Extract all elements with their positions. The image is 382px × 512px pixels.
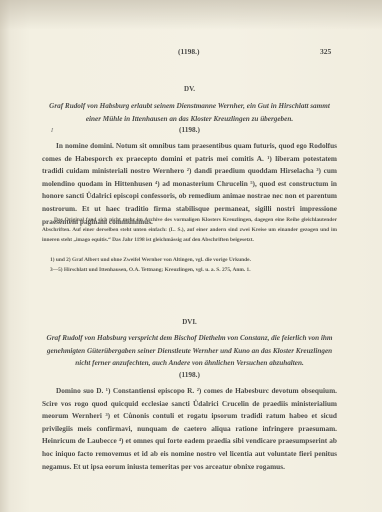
document-title: Graf Rudolf von Habsburg erlaubt seinem … xyxy=(42,100,337,125)
footnote: 3—5) Hirschlatt und Ittenhausen, O.A. Te… xyxy=(50,265,340,275)
header-year: (1198.) xyxy=(178,47,199,56)
page-number: 325 xyxy=(320,47,331,56)
document-date: (1198.) xyxy=(42,125,337,134)
document-text: Domino suo D. ¹) Constantiensi episcopo … xyxy=(42,385,337,473)
footnotes: 1) und 2) Graf Albert und ohne Zweifel W… xyxy=(50,255,340,275)
document-title: Graf Rudolf von Habsburg verspricht dem … xyxy=(42,332,337,370)
book-page: (1198.) 325 DV. Graf Rudolf von Habsburg… xyxy=(0,0,382,512)
editorial-note: Das Original fand sich nicht mehr im Arc… xyxy=(42,215,337,245)
footnote: 1) und 2) Graf Albert und ohne Zweifel W… xyxy=(50,255,340,265)
document-number: DVI. xyxy=(42,318,337,326)
document-number: DV. xyxy=(42,85,337,93)
document-date: (1198.) xyxy=(42,370,337,379)
